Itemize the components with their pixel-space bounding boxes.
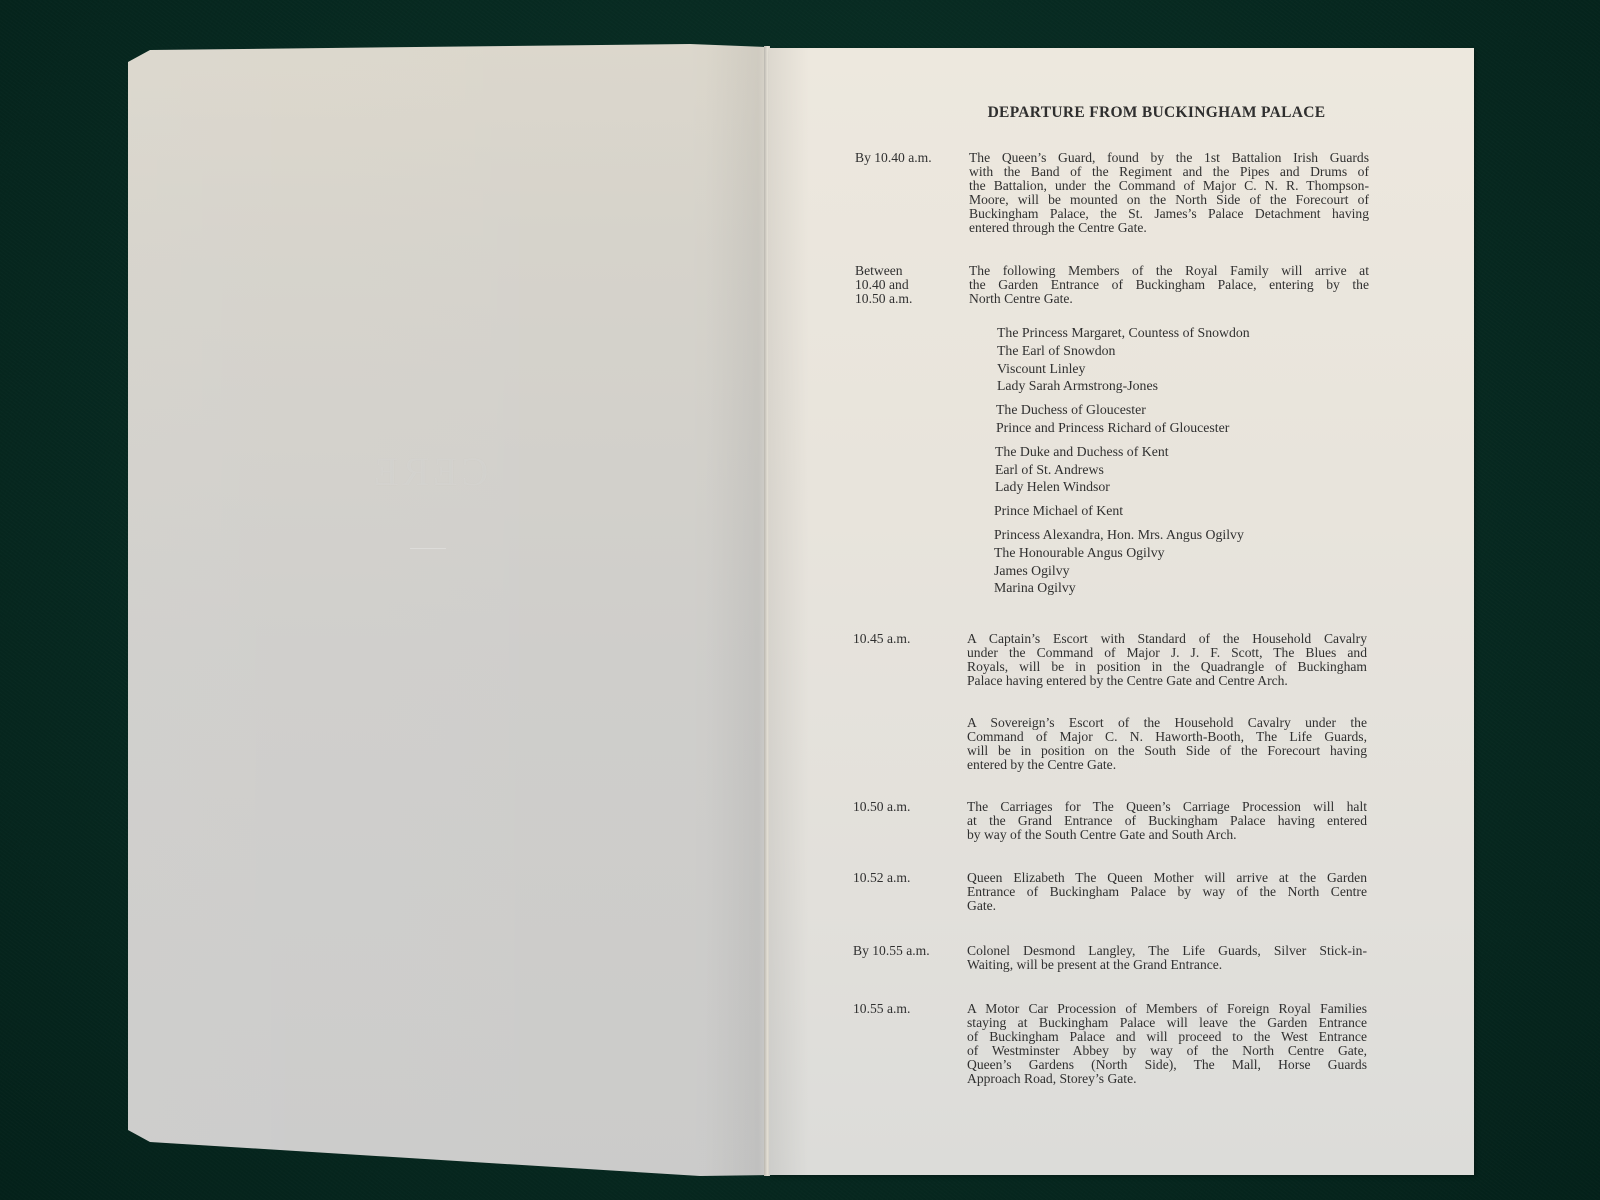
family-member-name: The Honourable Angus Ogilvy: [994, 544, 1250, 562]
entry-time-line: By 10.40 a.m.: [855, 151, 955, 165]
family-member-name: The Earl of Snowdon: [997, 342, 1250, 360]
family-member-name: The Duchess of Gloucester: [996, 401, 1250, 419]
family-member-name: Princess Alexandra, Hon. Mrs. Angus Ogil…: [994, 526, 1250, 544]
entry-time-line: 10.55 a.m.: [853, 1002, 953, 1016]
description-line: the Garden Entrance of Buckingham Palace…: [969, 278, 1369, 292]
entry-time: 10.50 a.m.: [853, 800, 953, 814]
family-group: Princess Alexandra, Hon. Mrs. Angus Ogil…: [994, 526, 1250, 597]
entry-time: By 10.40 a.m.: [855, 151, 955, 165]
entry-description: A Motor Car Procession of Members of For…: [967, 1002, 1367, 1087]
showthrough-text: CERE: [370, 448, 488, 495]
description-line: Palace having entered by the Centre Gate…: [967, 674, 1367, 688]
entry-time: Between10.40 and10.50 a.m.: [855, 264, 955, 306]
family-member-name: Prince Michael of Kent: [994, 502, 1250, 520]
entry-time-line: 10.45 a.m.: [853, 632, 953, 646]
entry-description: A Sovereign’s Escort of the Household Ca…: [967, 716, 1367, 772]
entry-description: The following Members of the Royal Famil…: [969, 264, 1369, 306]
entry-time-line: 10.52 a.m.: [853, 871, 953, 885]
description-line: Gate.: [967, 899, 1367, 913]
description-line: under the Command of Major J. J. F. Scot…: [967, 646, 1367, 660]
entry-time-line: Between: [855, 264, 955, 278]
entry-description: A Captain’s Escort with Standard of the …: [967, 632, 1367, 688]
entry-time: 10.45 a.m.: [853, 632, 953, 646]
family-member-name: Viscount Linley: [997, 360, 1250, 378]
entry-description: Queen Elizabeth The Queen Mother will ar…: [967, 871, 1367, 913]
description-line: Royals, will be in position in the Quadr…: [967, 660, 1367, 674]
description-line: Buckingham Palace, the St. James’s Palac…: [969, 207, 1369, 221]
description-line: with the Band of the Regiment and the Pi…: [969, 165, 1369, 179]
royal-family-list: The Princess Margaret, Countess of Snowd…: [997, 324, 1250, 603]
family-member-name: Lady Helen Windsor: [995, 478, 1250, 496]
entry-description: The Carriages for The Queen’s Carriage P…: [967, 800, 1367, 842]
entry-description: Colonel Desmond Langley, The Life Guards…: [967, 944, 1367, 972]
right-page: DEPARTURE FROM BUCKINGHAM PALACE By 10.4…: [769, 48, 1474, 1175]
description-line: The Queen’s Guard, found by the 1st Batt…: [969, 151, 1369, 165]
family-group: The Duke and Duchess of KentEarl of St. …: [995, 443, 1250, 496]
family-member-name: The Duke and Duchess of Kent: [995, 443, 1250, 461]
family-group: The Duchess of GloucesterPrince and Prin…: [996, 401, 1250, 437]
description-line: Moore, will be mounted on the North Side…: [969, 193, 1369, 207]
description-line: A Sovereign’s Escort of the Household Ca…: [967, 716, 1367, 730]
entry-time-line: 10.50 a.m.: [855, 292, 955, 306]
description-line: of Buckingham Palace and will proceed to…: [967, 1030, 1367, 1044]
family-member-name: Marina Ogilvy: [994, 579, 1250, 597]
entry-time: By 10.55 a.m.: [853, 944, 953, 958]
description-line: Command of Major C. N. Haworth-Booth, Th…: [967, 730, 1367, 744]
description-line: Approach Road, Storey’s Gate.: [967, 1072, 1367, 1086]
description-line: entered through the Centre Gate.: [969, 221, 1369, 235]
description-line: the Battalion, under the Command of Majo…: [969, 179, 1369, 193]
description-line: Colonel Desmond Langley, The Life Guards…: [967, 944, 1367, 958]
entry-time: 10.55 a.m.: [853, 1002, 953, 1016]
description-line: of Westminster Abbey by way of the North…: [967, 1044, 1367, 1058]
description-line: The Carriages for The Queen’s Carriage P…: [967, 800, 1367, 814]
description-line: Entrance of Buckingham Palace by way of …: [967, 885, 1367, 899]
description-line: at the Grand Entrance of Buckingham Pala…: [967, 814, 1367, 828]
description-line: Waiting, will be present at the Grand En…: [967, 958, 1367, 972]
description-line: Queen’s Gardens (North Side), The Mall, …: [967, 1058, 1367, 1072]
family-member-name: James Ogilvy: [994, 562, 1250, 580]
family-member-name: Prince and Princess Richard of Glouceste…: [996, 419, 1250, 437]
family-member-name: Earl of St. Andrews: [995, 461, 1250, 479]
family-group: Prince Michael of Kent: [994, 502, 1250, 520]
description-line: entered by the Centre Gate.: [967, 758, 1367, 772]
description-line: staying at Buckingham Palace will leave …: [967, 1016, 1367, 1030]
entry-description: The Queen’s Guard, found by the 1st Batt…: [969, 151, 1369, 236]
family-member-name: The Princess Margaret, Countess of Snowd…: [997, 324, 1250, 342]
entry-time-line: By 10.55 a.m.: [853, 944, 953, 958]
description-line: will be in position on the South Side of…: [967, 744, 1367, 758]
description-line: The following Members of the Royal Famil…: [969, 264, 1369, 278]
family-member-name: Lady Sarah Armstrong-Jones: [997, 377, 1250, 395]
description-line: North Centre Gate.: [969, 292, 1369, 306]
entry-time: 10.52 a.m.: [853, 871, 953, 885]
page-title: DEPARTURE FROM BUCKINGHAM PALACE: [769, 104, 1474, 122]
family-group: The Princess Margaret, Countess of Snowd…: [997, 324, 1250, 395]
entry-time-line: 10.40 and: [855, 278, 955, 292]
description-line: A Motor Car Procession of Members of For…: [967, 1002, 1367, 1016]
entry-time-line: 10.50 a.m.: [853, 800, 953, 814]
showthrough-rule: [410, 548, 446, 549]
description-line: A Captain’s Escort with Standard of the …: [967, 632, 1367, 646]
description-line: Queen Elizabeth The Queen Mother will ar…: [967, 871, 1367, 885]
description-line: by way of the South Centre Gate and Sout…: [967, 828, 1367, 842]
